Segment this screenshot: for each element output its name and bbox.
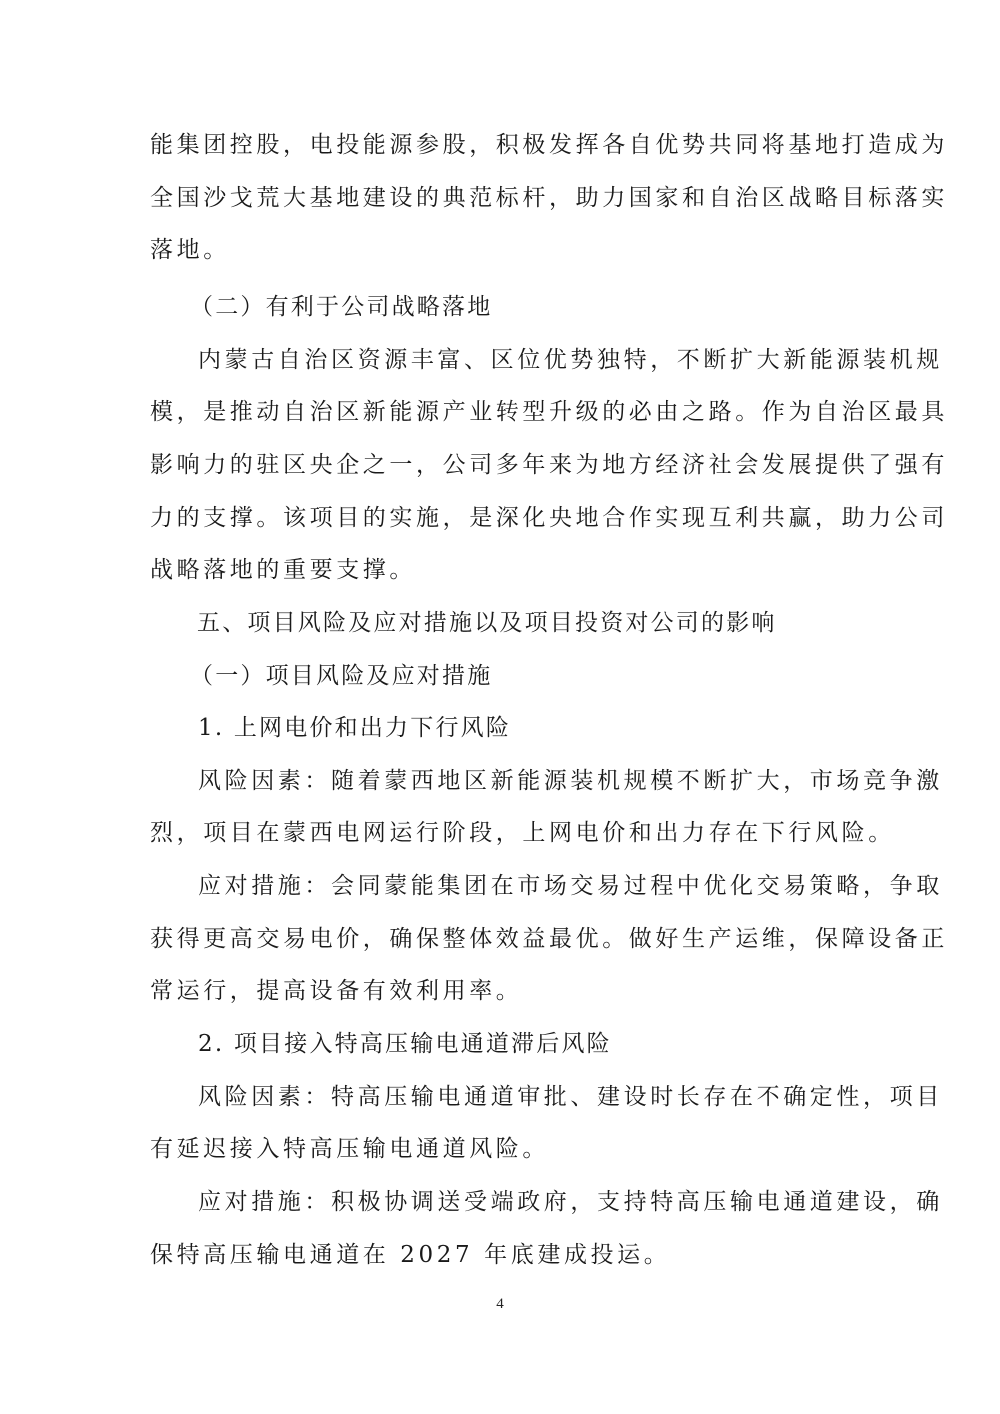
paragraph-line: 常运行，提高设备有效利用率。 xyxy=(150,974,850,1008)
numbered-subheading: 2. 项目接入特高压输电通道滞后风险 xyxy=(198,1027,850,1061)
paragraph-line: 有延迟接入特高压输电通道风险。 xyxy=(150,1132,850,1166)
paragraph-line: 保特高压输电通道在 2027 年底建成投运。 xyxy=(150,1238,850,1272)
section-heading: 五、项目风险及应对措施以及项目投资对公司的影响 xyxy=(197,606,849,640)
section-subheading: （二）有利于公司战略落地 xyxy=(190,290,842,324)
document-page: 能集团控股，电投能源参股，积极发挥各自优势共同将基地打造成为 全国沙戈荒大基地建… xyxy=(0,0,1000,1414)
section-subheading: （一）项目风险及应对措施 xyxy=(190,659,842,693)
paragraph-line: 烈，项目在蒙西电网运行阶段，上网电价和出力存在下行风险。 xyxy=(150,816,850,850)
paragraph-line: 内蒙古自治区资源丰富、区位优势独特，不断扩大新能源装机规 xyxy=(198,343,850,377)
paragraph-line: 能集团控股，电投能源参股，积极发挥各自优势共同将基地打造成为 xyxy=(150,128,850,162)
page-number: 4 xyxy=(0,1296,1000,1313)
paragraph-line: 获得更高交易电价，确保整体效益最优。做好生产运维，保障设备正 xyxy=(150,922,850,956)
paragraph-line: 应对措施：会同蒙能集团在市场交易过程中优化交易策略，争取 xyxy=(198,869,850,903)
paragraph-line: 全国沙戈荒大基地建设的典范标杆，助力国家和自治区战略目标落实 xyxy=(150,181,850,215)
paragraph-line: 应对措施：积极协调送受端政府，支持特高压输电通道建设，确 xyxy=(198,1185,850,1219)
paragraph-line: 模，是推动自治区新能源产业转型升级的必由之路。作为自治区最具 xyxy=(150,395,850,429)
paragraph-line: 风险因素：特高压输电通道审批、建设时长存在不确定性，项目 xyxy=(198,1080,850,1114)
paragraph-line: 落地。 xyxy=(150,233,850,267)
paragraph-line: 影响力的驻区央企之一，公司多年来为地方经济社会发展提供了强有 xyxy=(150,448,850,482)
paragraph-line: 风险因素：随着蒙西地区新能源装机规模不断扩大，市场竞争激 xyxy=(198,764,850,798)
paragraph-line: 战略落地的重要支撑。 xyxy=(150,553,850,587)
paragraph-line: 力的支撑。该项目的实施，是深化央地合作实现互利共赢，助力公司 xyxy=(150,501,850,535)
numbered-subheading: 1. 上网电价和出力下行风险 xyxy=(198,711,850,745)
